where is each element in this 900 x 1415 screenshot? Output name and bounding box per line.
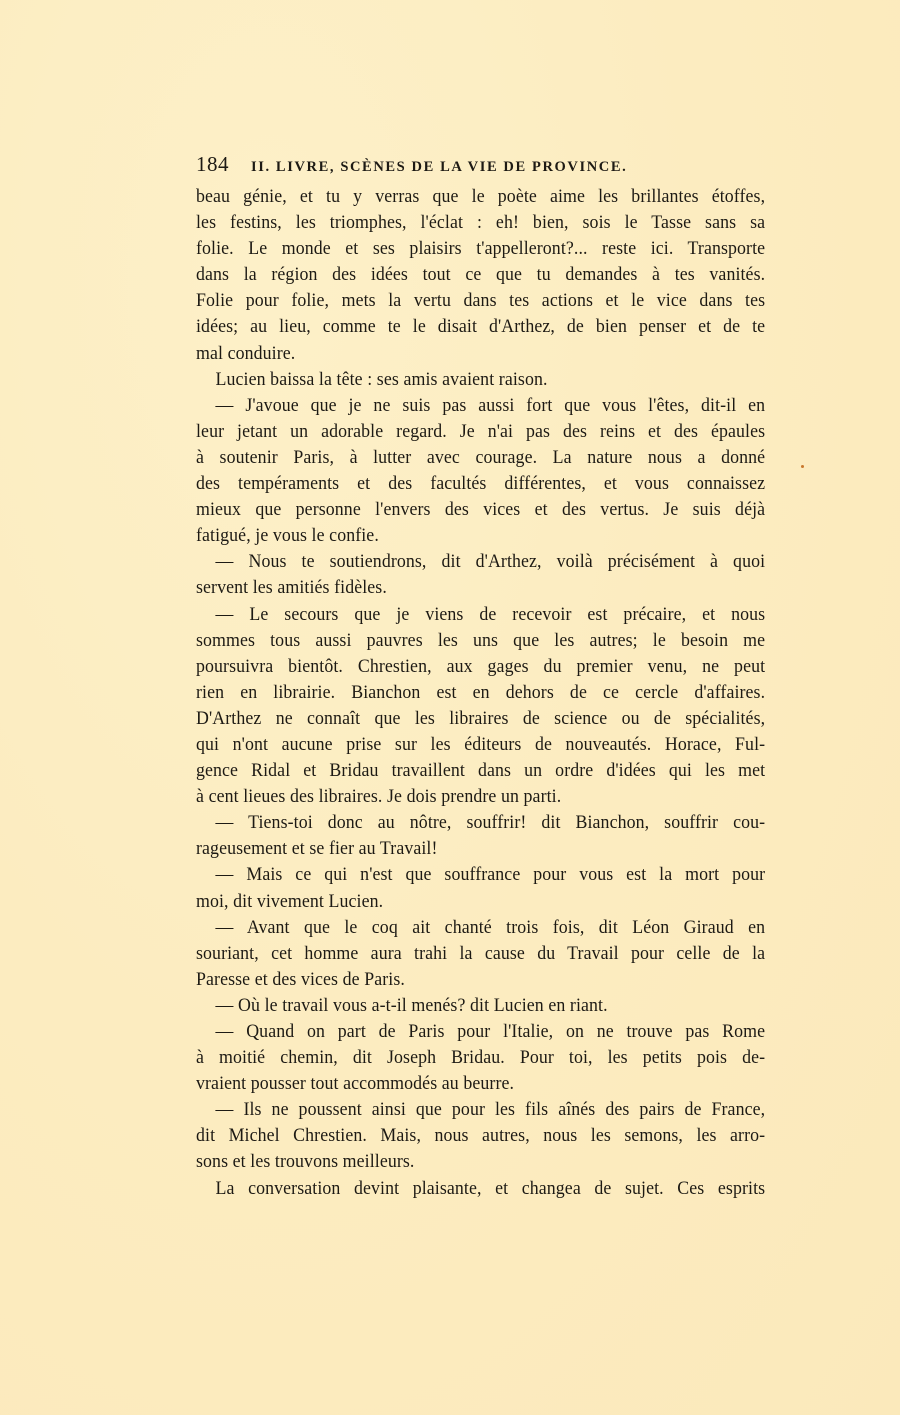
text-line: D'Arthez ne connaît que les libraires de… [196, 706, 765, 732]
text-line: gence Ridal et Bridau travaillent dans u… [196, 758, 765, 784]
text-line: rien en librairie. Bianchon est en dehor… [196, 680, 765, 706]
text-line: — Ils ne poussent ainsi que pour les fil… [196, 1097, 765, 1123]
text-line: des tempéraments et des facultés différe… [196, 471, 765, 497]
text-line: beau génie, et tu y verras que le poète … [196, 184, 765, 210]
text-line: sommes tous aussi pauvres les uns que le… [196, 628, 765, 654]
text-line: fatigué, je vous le confie. [196, 523, 765, 549]
text-line: leur jetant un adorable regard. Je n'ai … [196, 419, 765, 445]
text-line: folie. Le monde et ses plaisirs t'appell… [196, 236, 765, 262]
text-line: idées; au lieu, comme te le disait d'Art… [196, 314, 765, 340]
text-line: qui n'ont aucune prise sur les éditeurs … [196, 732, 765, 758]
text-line: sons et les trouvons meilleurs. [196, 1149, 765, 1175]
text-line: — Mais ce qui n'est que souffrance pour … [196, 862, 765, 888]
text-line: — Le secours que je viens de recevoir es… [196, 602, 765, 628]
text-line: — J'avoue que je ne suis pas aussi fort … [196, 393, 765, 419]
text-line: poursuivra bientôt. Chrestien, aux gages… [196, 654, 765, 680]
text-line: à moitié chemin, dit Joseph Bridau. Pour… [196, 1045, 765, 1071]
text-line: — Quand on part de Paris pour l'Italie, … [196, 1019, 765, 1045]
text-line: — Où le travail vous a-t-il menés? dit L… [196, 993, 765, 1019]
text-line: moi, dit vivement Lucien. [196, 889, 765, 915]
text-line: — Nous te soutiendrons, dit d'Arthez, vo… [196, 549, 765, 575]
text-line: mieux que personne l'envers des vices et… [196, 497, 765, 523]
text-line: — Tiens-toi donc au nôtre, souffrir! dit… [196, 810, 765, 836]
text-line: dans la région des idées tout ce que tu … [196, 262, 765, 288]
text-line: — Avant que le coq ait chanté trois fois… [196, 915, 765, 941]
body-text: beau génie, et tu y verras que le poète … [196, 184, 764, 1202]
text-line: à cent lieues des libraires. Je dois pre… [196, 784, 765, 810]
text-line: Paresse et des vices de Paris. [196, 967, 765, 993]
text-line: Lucien baissa la tête : ses amis avaient… [196, 367, 765, 393]
running-head: 184 II. LIVRE, SCÈNES DE LA VIE DE PROVI… [196, 152, 764, 182]
running-title: II. LIVRE, SCÈNES DE LA VIE DE PROVINCE. [251, 159, 627, 176]
text-line: servent les amitiés fidèles. [196, 575, 765, 601]
text-line: souriant, cet homme aura trahi la cause … [196, 941, 765, 967]
text-line: à soutenir Paris, à lutter avec courage.… [196, 445, 765, 471]
text-line: vraient pousser tout accommodés au beurr… [196, 1071, 765, 1097]
book-page: 184 II. LIVRE, SCÈNES DE LA VIE DE PROVI… [196, 152, 764, 1202]
text-line: dit Michel Chrestien. Mais, nous autres,… [196, 1123, 765, 1149]
page-number: 184 [196, 152, 229, 177]
text-line: Folie pour folie, mets la vertu dans tes… [196, 288, 765, 314]
text-line: La conversation devint plaisante, et cha… [196, 1176, 765, 1202]
text-line: rageusement et se fier au Travail! [196, 836, 765, 862]
text-line: les festins, les triomphes, l'éclat : eh… [196, 210, 765, 236]
paper-speck [801, 465, 804, 468]
text-line: mal conduire. [196, 341, 765, 367]
